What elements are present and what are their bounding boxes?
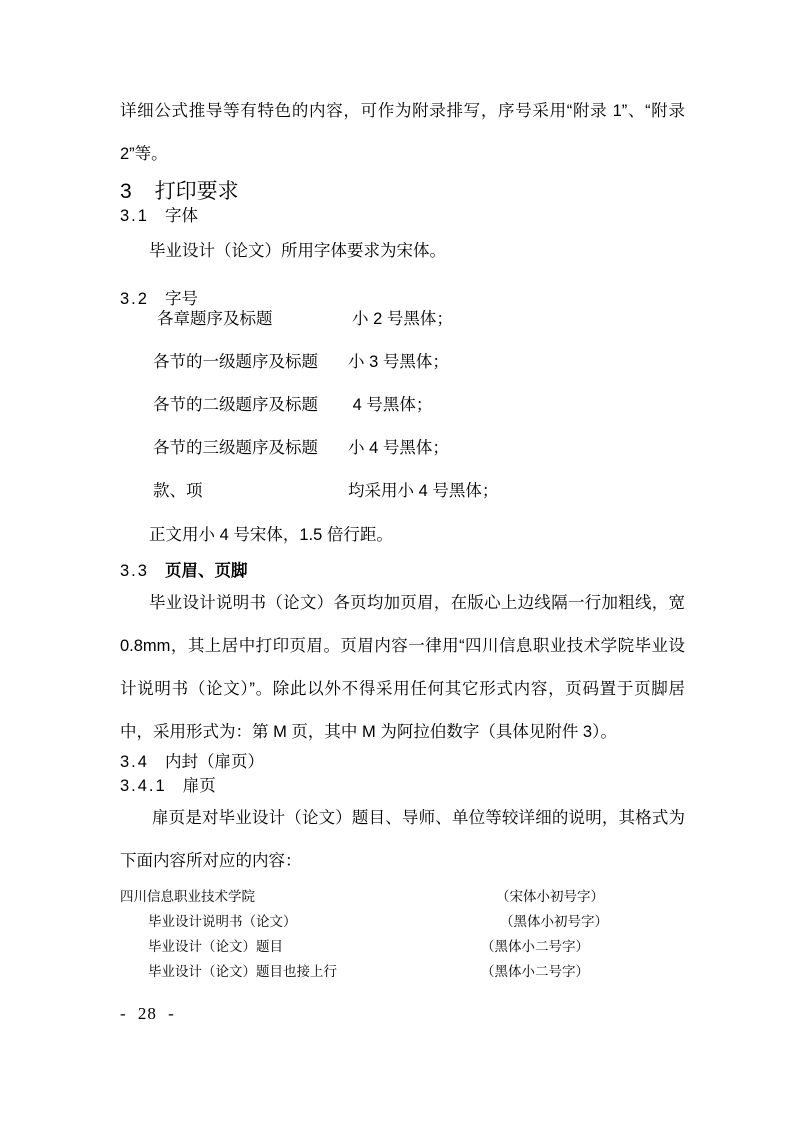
spec-row-label: 各节的一级题序及标题 <box>153 341 348 384</box>
section-3-4-number: 3.4 <box>120 749 149 775</box>
title-page-spec-value: （宋体小初号字） <box>496 884 604 909</box>
font-size-spec-row: 各章题序及标题 小 2 号黑体； <box>120 298 685 341</box>
chapter-title: 打印要求 <box>155 178 239 206</box>
spec-row-value: 4 号黑体； <box>348 384 432 427</box>
section-3-3-title: 页眉、页脚 <box>165 558 248 584</box>
spec-row-value: 小 3 号黑体； <box>348 341 449 384</box>
section-3-1-number: 3.1 <box>120 203 149 229</box>
font-size-spec-row: 各节的一级题序及标题 小 3 号黑体； <box>120 341 685 384</box>
page-content: 详细公式推导等有特色的内容，可作为附录排写，序号采用“附录 1”、“附录 2”等… <box>120 90 685 984</box>
spec-row-value: 小 4 号黑体； <box>348 427 449 470</box>
section-heading-3-1: 3.1 字体 <box>120 203 685 229</box>
section-3-3-number: 3.3 <box>120 558 149 584</box>
document-page: 详细公式推导等有特色的内容，可作为附录排写，序号采用“附录 1”、“附录 2”等… <box>0 0 793 1122</box>
section-3-4-1-body: 扉页是对毕业设计（论文）题目、导师、单位等较详细的说明，其格式为下面内容所对应的… <box>120 797 685 883</box>
section-3-1-body: 毕业设计（论文）所用字体要求为宋体。 <box>120 230 685 273</box>
spec-row-label: 各章题序及标题 <box>153 298 352 341</box>
chapter-number: 3 <box>120 178 134 206</box>
spec-row-value: 小 2 号黑体； <box>352 298 453 341</box>
section-3-2-note: 正文用小 4 号宋体，1.5 倍行距。 <box>120 514 685 557</box>
font-size-spec-row: 各节的三级题序及标题 小 4 号黑体； <box>120 427 685 470</box>
section-heading-3-3: 3.3 页眉、页脚 <box>120 558 685 584</box>
title-page-spec-row: 毕业设计（论文）题目 （黑体小二号字） <box>120 934 685 959</box>
title-page-spec-label: 毕业设计（论文）题目 <box>120 934 283 959</box>
title-page-spec-list: 四川信息职业技术学院 （宋体小初号字） 毕业设计说明书（论文） （黑体小初号字）… <box>120 884 685 984</box>
chapter-heading: 3 打印要求 <box>120 178 685 206</box>
spec-row-value: 均采用小 4 号黑体； <box>348 470 498 513</box>
title-page-spec-value: （黑体小初号字） <box>500 909 608 934</box>
title-page-spec-label: 毕业设计说明书（论文） <box>120 909 297 934</box>
section-3-2-number: 3.2 <box>120 286 149 312</box>
continuation-paragraph: 详细公式推导等有特色的内容，可作为附录排写，序号采用“附录 1”、“附录 2”等… <box>120 90 685 176</box>
font-size-spec-row: 款、项 均采用小 4 号黑体； <box>120 470 685 513</box>
title-page-spec-label: 毕业设计（论文）题目也接上行 <box>120 959 337 984</box>
title-page-spec-value: （黑体小二号字） <box>481 959 589 984</box>
section-heading-3-4-1: 3.4.1 扉页 <box>120 773 685 799</box>
title-page-spec-row: 毕业设计（论文）题目也接上行 （黑体小二号字） <box>120 959 685 984</box>
section-3-4-1-title: 扉页 <box>183 773 216 799</box>
spec-row-label: 各节的二级题序及标题 <box>153 384 348 427</box>
spec-row-label: 款、项 <box>153 470 348 513</box>
title-page-spec-value: （黑体小二号字） <box>481 934 589 959</box>
section-3-4-title: 内封（扉页） <box>165 749 264 775</box>
section-3-3-body: 毕业设计说明书（论文）各页均加页眉，在版心上边线隔一行加粗线，宽0.8mm，其上… <box>120 582 685 754</box>
title-page-spec-label: 四川信息职业技术学院 <box>120 889 255 904</box>
section-3-4-1-number: 3.4.1 <box>120 773 167 799</box>
font-size-spec-list: 各章题序及标题 小 2 号黑体； 各节的一级题序及标题 小 3 号黑体； 各节的… <box>120 298 685 513</box>
spec-row-label: 各节的三级题序及标题 <box>153 427 348 470</box>
footer-page-number: - 28 - <box>120 1004 175 1024</box>
title-page-spec-row: 毕业设计说明书（论文） （黑体小初号字） <box>120 909 685 934</box>
font-size-spec-row: 各节的二级题序及标题 4 号黑体； <box>120 384 685 427</box>
title-page-spec-row: 四川信息职业技术学院 （宋体小初号字） <box>120 884 685 909</box>
section-3-1-title: 字体 <box>165 203 198 229</box>
